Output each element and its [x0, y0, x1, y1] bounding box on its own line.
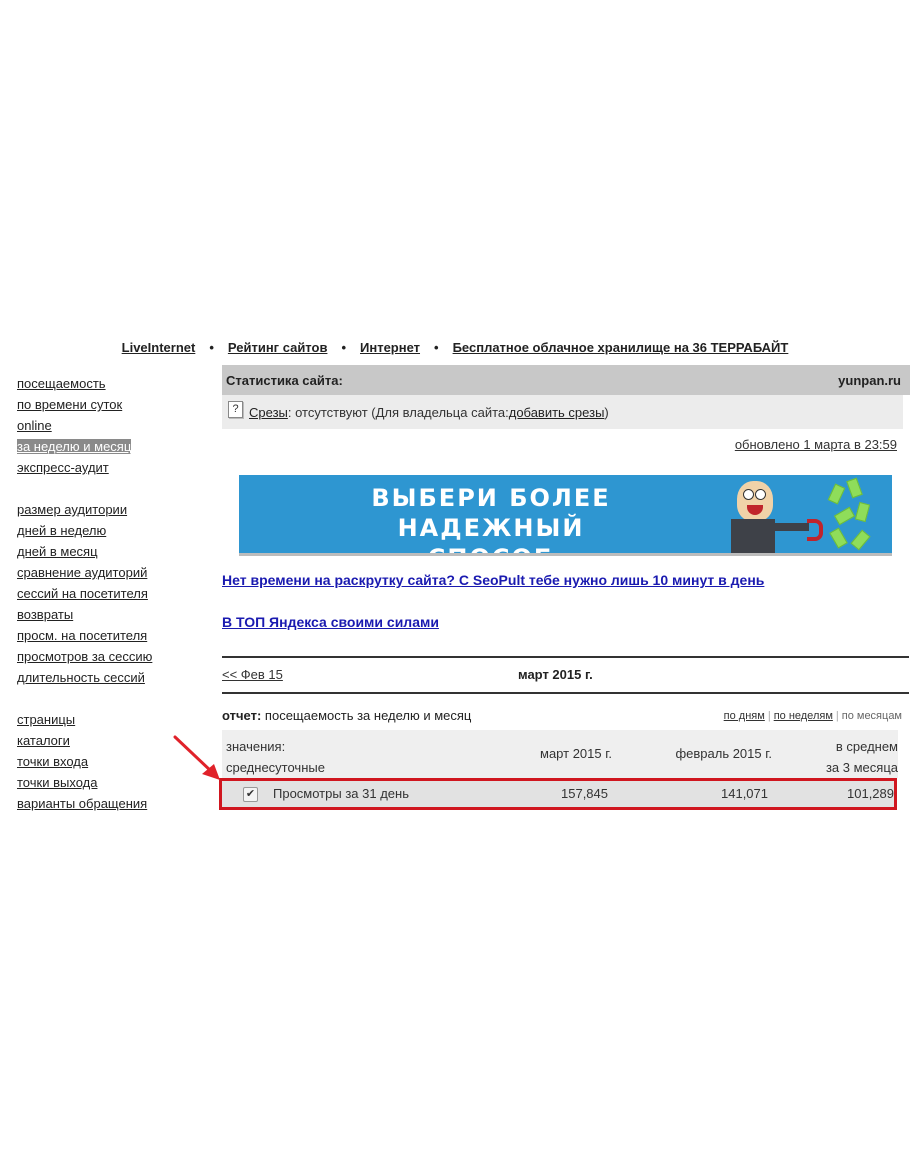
header-values-line1: значения: [226, 736, 325, 757]
nav-link-liveinternet[interactable]: LiveInternet [122, 340, 196, 355]
nav-link-internet[interactable]: Интернет [360, 340, 420, 355]
sidebar-link[interactable]: варианты обращения [17, 796, 147, 811]
table-header: значения: среднесуточные март 2015 г. фе… [222, 730, 898, 778]
sidebar-link[interactable]: online [17, 418, 52, 433]
header-avg-line1: в среднем [826, 736, 898, 757]
month-navigation: << Фев 15 март 2015 г. [222, 656, 909, 694]
view-separator: | [768, 710, 771, 722]
view-switcher: по дням|по неделям|по месяцам [724, 710, 902, 722]
sidebar-link[interactable]: посещаемость [17, 376, 106, 391]
report-name: посещаемость за неделю и месяц [265, 708, 471, 723]
sidebar-item-session-duration[interactable]: длительность сессий [17, 667, 217, 688]
views-checkbox[interactable]: ✔ [243, 787, 258, 802]
sidebar-item-audience-compare[interactable]: сравнение аудиторий [17, 562, 217, 583]
money-icon [851, 530, 871, 551]
updated-info: обновлено 1 марта в 23:59 [222, 437, 909, 452]
slices-bar: ? Срезы: отсутствуют (Для владельца сайт… [222, 395, 903, 429]
sidebar-link[interactable]: заголовки страниц [17, 817, 129, 820]
promo-2: В ТОП Яндекса своими силами [222, 614, 910, 630]
header-february: февраль 2015 г. [675, 746, 772, 761]
view-by-days[interactable]: по дням [724, 710, 765, 722]
add-slices-link[interactable]: добавить срезы [509, 405, 605, 420]
sidebar-link[interactable]: просм. на посетителя [17, 628, 147, 643]
row-label: Просмотры за 31 день [273, 786, 409, 801]
nav-separator: • [434, 340, 439, 355]
sidebar-item-days-month[interactable]: дней в месяц [17, 541, 217, 562]
sidebar-link[interactable]: экспресс-аудит [17, 460, 109, 475]
current-month: март 2015 г. [518, 667, 593, 682]
promo-link-yandex-top[interactable]: В ТОП Яндекса своими силами [222, 614, 439, 630]
sidebar-link[interactable]: сессий на посетителя [17, 586, 148, 601]
sidebar-item-days-week[interactable]: дней в неделю [17, 520, 217, 541]
red-arrow-annotation-icon [172, 734, 232, 784]
ad-banner[interactable]: ВЫБЕРИ БОЛЕЕ НАДЕЖНЫЙ СПОСОБ ПРОДВИЖЕНИЯ [239, 475, 892, 556]
report-label: отчет: [222, 708, 261, 723]
value-avg-3-months: 101,289 [847, 786, 894, 801]
sidebar-link-active[interactable]: за неделю и месяц [17, 439, 131, 454]
site-stats-title: Статистика сайта: [226, 373, 343, 388]
promo-1: Нет времени на раскрутку сайта? С SeoPul… [222, 572, 910, 588]
main-content: Статистика сайта: yunpan.ru ? Срезы: отс… [222, 365, 910, 810]
slices-text: : отсутствуют (Для владельца сайта: [288, 405, 509, 420]
view-by-months: по месяцам [842, 710, 902, 722]
sidebar-item-sessions-per-visitor[interactable]: сессий на посетителя [17, 583, 217, 604]
nav-separator: • [209, 340, 214, 355]
mascot-icon [737, 481, 773, 521]
prev-month-link[interactable]: << Фев 15 [222, 667, 283, 682]
money-icon [846, 478, 862, 499]
banner-line-1: ВЫБЕРИ БОЛЕЕ НАДЕЖНЫЙ [301, 483, 681, 543]
banner-line-2: СПОСОБ ПРОДВИЖЕНИЯ [301, 543, 681, 556]
sidebar-link[interactable]: дней в месяц [17, 544, 98, 559]
header-avg-line2: за 3 месяца [826, 757, 898, 778]
nav-link-site-rating[interactable]: Рейтинг сайтов [228, 340, 328, 355]
top-navigation: LiveInternet•Рейтинг сайтов•Интернет•Бес… [0, 340, 910, 355]
money-icon [834, 507, 855, 526]
nav-link-cloud-storage[interactable]: Бесплатное облачное хранилище на 36 ТЕРР… [453, 340, 789, 355]
sidebar-item-access-variants[interactable]: варианты обращения [17, 793, 217, 814]
mascot-arm-icon [769, 523, 809, 531]
sidebar-link[interactable]: каталоги [17, 733, 70, 748]
header-values-line2: среднесуточные [226, 757, 325, 778]
table-row-views: ✔ Просмотры за 31 день 157,845 141,071 1… [219, 778, 897, 810]
header-avg-3-months: в среднем за 3 месяца [826, 736, 898, 778]
view-by-weeks[interactable]: по неделям [774, 710, 833, 722]
sidebar-item-express-audit[interactable]: экспресс-аудит [17, 457, 217, 478]
report-line: отчет: посещаемость за неделю и месяц по… [222, 708, 902, 730]
sidebar-link[interactable]: сравнение аудиторий [17, 565, 147, 580]
value-march: 157,845 [561, 786, 608, 801]
money-icon [855, 502, 870, 522]
sidebar-link[interactable]: возвраты [17, 607, 73, 622]
sidebar-item-returns[interactable]: возвраты [17, 604, 217, 625]
slices-link[interactable]: Срезы [249, 405, 288, 420]
sidebar-link[interactable]: точки выхода [17, 775, 97, 790]
promo-link-seopult[interactable]: Нет времени на раскрутку сайта? С SeoPul… [222, 572, 764, 588]
money-icon [828, 484, 846, 505]
slices-close: ) [604, 405, 608, 420]
sidebar-item-attendance[interactable]: посещаемость [17, 373, 217, 394]
sidebar-item-time-of-day[interactable]: по времени суток [17, 394, 217, 415]
magnet-icon [807, 519, 823, 541]
sidebar-item-page-titles[interactable]: заголовки страниц [17, 814, 217, 820]
sidebar-link[interactable]: страницы [17, 712, 75, 727]
header-march: март 2015 г. [540, 746, 612, 761]
sidebar-link[interactable]: по времени суток [17, 397, 122, 412]
sidebar-link[interactable]: размер аудитории [17, 502, 127, 517]
sidebar-item-views-per-session[interactable]: просмотров за сессию [17, 646, 217, 667]
sidebar-item-pages[interactable]: страницы [17, 709, 217, 730]
sidebar-item-online[interactable]: online [17, 415, 217, 436]
site-domain: yunpan.ru [838, 373, 901, 388]
help-icon[interactable]: ? [228, 401, 243, 418]
view-separator: | [836, 710, 839, 722]
sidebar-link[interactable]: точки входа [17, 754, 88, 769]
money-icon [829, 527, 848, 548]
updated-link[interactable]: обновлено 1 марта в 23:59 [735, 437, 897, 452]
sidebar-item-audience-size[interactable]: размер аудитории [17, 499, 217, 520]
sidebar-item-views-per-visitor[interactable]: просм. на посетителя [17, 625, 217, 646]
value-february: 141,071 [721, 786, 768, 801]
sidebar-item-week-month[interactable]: за неделю и месяц [17, 436, 217, 457]
nav-separator: • [341, 340, 346, 355]
banner-text: ВЫБЕРИ БОЛЕЕ НАДЕЖНЫЙ СПОСОБ ПРОДВИЖЕНИЯ [301, 483, 681, 556]
site-stats-header: Статистика сайта: yunpan.ru [222, 365, 910, 395]
sidebar-link[interactable]: длительность сессий [17, 670, 145, 685]
sidebar-link[interactable]: дней в неделю [17, 523, 106, 538]
sidebar-link[interactable]: просмотров за сессию [17, 649, 152, 664]
header-values-label: значения: среднесуточные [226, 736, 325, 778]
